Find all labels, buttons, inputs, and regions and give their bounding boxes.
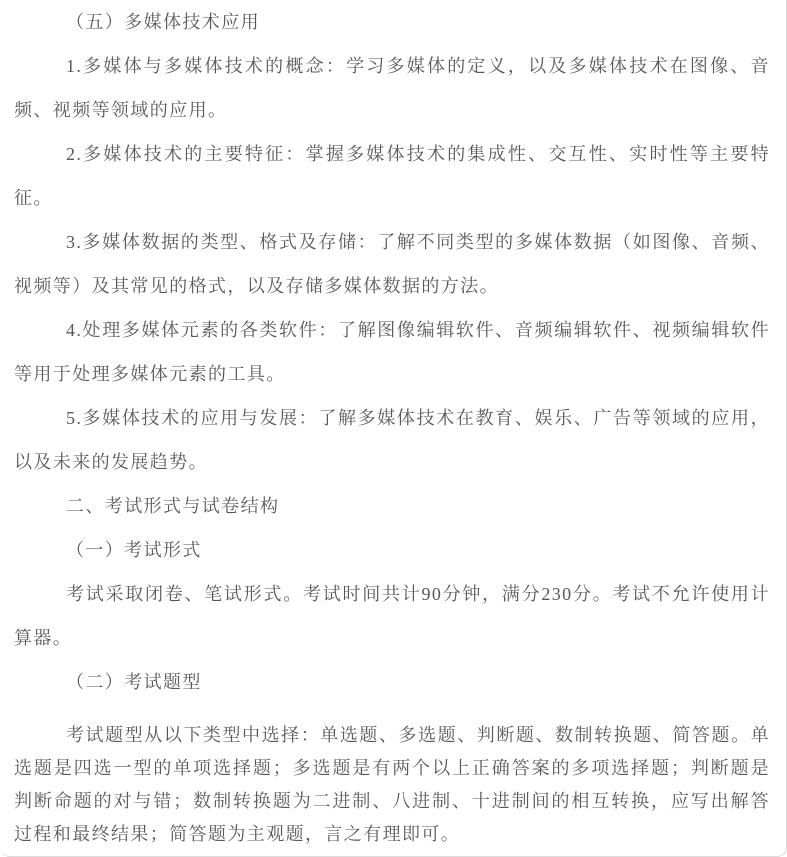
paragraph-body: 1.多媒体与多媒体技术的概念：学习多媒体的定义，以及多媒体技术在图像、音频、视频… [14,44,770,132]
paragraph-body: 考试采取闭卷、笔试形式。考试时间共计90分钟，满分230分。考试不允许使用计算器… [14,572,770,660]
paragraph-heading: （二）考试题型 [14,660,770,704]
paragraph-heading: （一）考试形式 [14,528,770,572]
paragraph-body: 2.多媒体技术的主要特征：掌握多媒体技术的集成性、交互性、实时性等主要特征。 [14,132,770,220]
paragraph-body: 5.多媒体技术的应用与发展：了解多媒体技术在教育、娱乐、广告等领域的应用，以及未… [14,396,770,484]
paragraph-body: 3.多媒体数据的类型、格式及存储：了解不同类型的多媒体数据（如图像、音频、视频等… [14,220,770,308]
paragraph-body: 考试题型从以下类型中选择：单选题、多选题、判断题、数制转换题、简答题。单选题是四… [14,719,770,851]
paragraph-heading: 二、考试形式与试卷结构 [14,484,770,528]
paragraph-heading: （五）多媒体技术应用 [14,0,770,44]
document-page: （五）多媒体技术应用1.多媒体与多媒体技术的概念：学习多媒体的定义，以及多媒体技… [0,0,787,857]
paragraph-body: 4.处理多媒体元素的各类软件：了解图像编辑软件、音频编辑软件、视频编辑软件等用于… [14,308,770,396]
document-body: （五）多媒体技术应用1.多媒体与多媒体技术的概念：学习多媒体的定义，以及多媒体技… [0,0,786,856]
